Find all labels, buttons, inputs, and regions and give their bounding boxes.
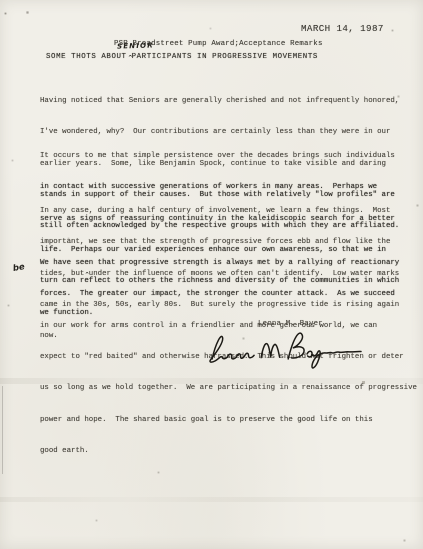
scanned-letter-page: MARCH 14, 1987 PSR Broadstreet Pump Awar…: [0, 0, 423, 549]
typed-line: good earth.: [40, 446, 417, 456]
typed-line: Having noticed that Seniors are generall…: [40, 96, 399, 106]
scan-smudge-band: [0, 497, 423, 502]
signature-scrawl: [203, 326, 369, 374]
handwritten-margin-note: be: [12, 262, 25, 274]
typed-line: forces. The greater our impact, the stro…: [40, 289, 417, 299]
margin-insertion-caret: ^: [85, 272, 89, 278]
typed-line: power and hope. The shared basic goal is…: [40, 415, 417, 425]
paper-specks: [0, 0, 1, 1]
typed-line: us so long as we hold together. We are p…: [40, 383, 417, 393]
typed-line: In any case, during a half century of in…: [40, 206, 399, 216]
typed-line: It occurs to me that simple persistence …: [40, 151, 399, 161]
scan-edge-artifact: [2, 386, 3, 474]
handwritten-senior-insertion: SENIOR: [117, 41, 154, 50]
typed-line: We have seen that progressive strength i…: [40, 258, 417, 268]
handwritten-signature: [203, 326, 369, 379]
title-line: SOME THOTS ABOUT PARTICIPANTS IN PROGRES…: [46, 52, 318, 62]
date-line: MARCH 14, 1987: [301, 24, 384, 34]
